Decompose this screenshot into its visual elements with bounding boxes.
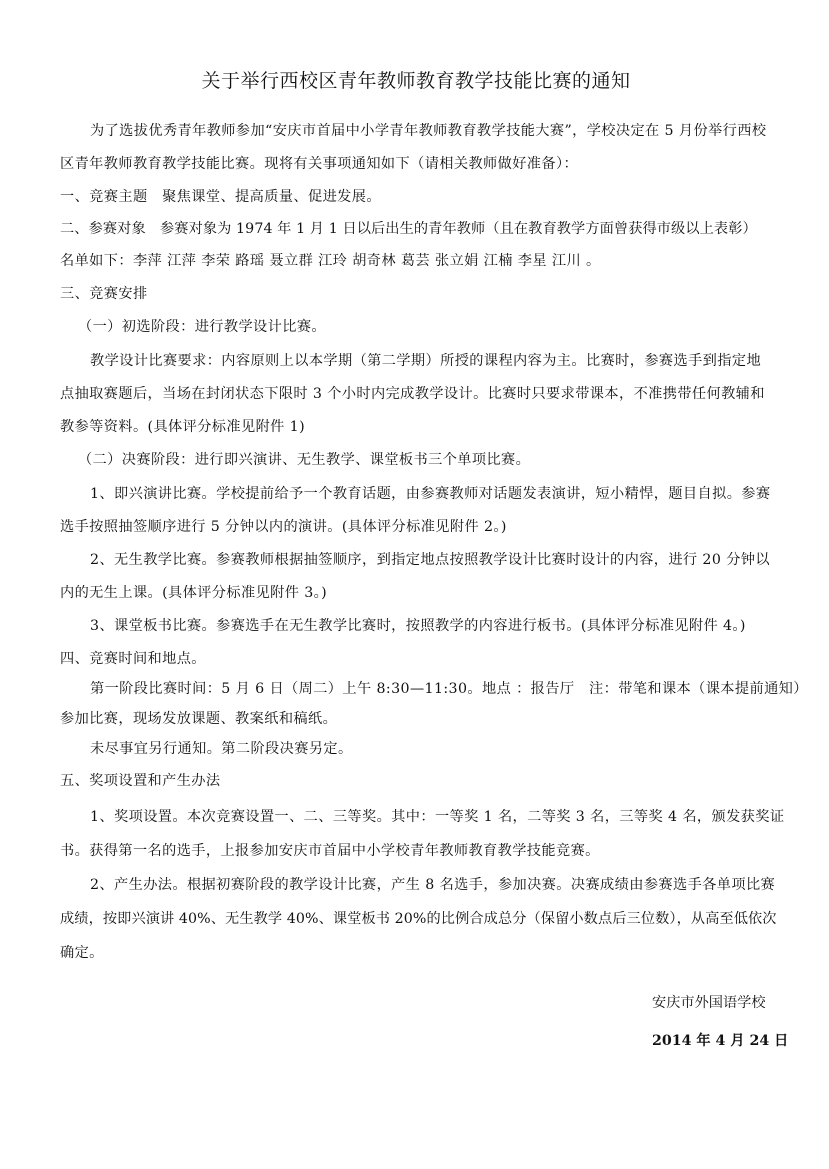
name-list: 名单如下：李萍 江萍 李荣 路瑶 聂立群 江玲 胡奇林 葛芸 张立娟 江楠 李星… <box>60 250 601 270</box>
section-5-item-1-line-1: 1、奖项设置。本次竞赛设置一、二、三等奖。其中：一等奖 1 名，二等奖 3 名，… <box>90 806 784 826</box>
name-item: 江川 <box>552 253 581 269</box>
stage-1-body-3: 教参等资料。(具体评分标准见附件 1) <box>60 416 305 436</box>
stage-2-item-2-line-1: 2、无生教学比赛。参赛教师根据抽签顺序，到指定地点按照教学设计比赛时设计的内容，… <box>90 549 770 569</box>
section-4-heading: 四、竞赛时间和地点。 <box>60 648 206 668</box>
section-5-heading: 五、奖项设置和产生办法 <box>60 770 220 790</box>
name-item: 江玲 <box>318 253 347 269</box>
section-3-heading: 三、竞赛安排 <box>60 283 148 303</box>
name-item: 李星 <box>518 253 547 269</box>
intro-line-2: 区青年教师教育教学技能比赛。现将有关事项通知如下（请相关教师做好准备）： <box>60 153 578 173</box>
section-5-item-2-line-3: 确定。 <box>60 942 104 962</box>
section-5-item-2-line-1: 2、产生办法。根据初赛阶段的教学设计比赛，产生 8 名选手，参加决赛。决赛成绩由… <box>90 874 775 894</box>
stage-2-item-1-line-2: 选手按照抽签顺序进行 5 分钟以内的演讲。(具体评分标准见附件 2。) <box>60 516 507 536</box>
stage-2-item-1-line-1: 1、即兴演讲比赛。学校提前给予一个教育话题，由参赛教师对话题发表演讲，短小精悍，… <box>90 483 770 503</box>
section-5-item-2-line-2: 成绩，按即兴演讲 40%、无生教学 40%、课堂板书 20%的比例合成总分（保留… <box>60 908 777 928</box>
signature-date: 2014 年 4 月 24 日 <box>652 1030 788 1050</box>
name-item: 江萍 <box>167 253 196 269</box>
section-1-theme: 一、竞赛主题 聚焦课堂、提高质量、促进发展。 <box>60 186 381 206</box>
section-2-participants: 二、参赛对象 参赛对象为 1974 年 1 月 1 日以后出生的青年教师（且在教… <box>60 218 757 238</box>
name-item: 胡奇林 <box>352 253 396 269</box>
section-4-body-1: 第一阶段比赛时间：5 月 6 日（周二）上午 8:30—11:30。地点 ：报告… <box>90 678 808 698</box>
stage-1-body-1: 教学设计比赛要求：内容原则上以本学期（第二学期）所授的课程内容为主。比赛时，参赛… <box>90 350 761 370</box>
section-5-item-1-line-2: 书。获得第一名的选手，上报参加安庆市首届中小学校青年教师教育教学技能竞赛。 <box>60 840 600 860</box>
signature-org: 安庆市外国语学校 <box>652 992 766 1012</box>
name-item: 路瑶 <box>235 253 264 269</box>
name-item: 葛芸 <box>401 253 430 269</box>
name-item: 聂立群 <box>269 253 313 269</box>
section-4-body-2: 参加比赛，现场发放课题、教案纸和稿纸。 <box>60 708 337 728</box>
name-list-end: 。 <box>586 253 601 269</box>
name-item: 张立娟 <box>435 253 479 269</box>
stage-1-body-2: 点抽取赛题后，当场在封闭状态下限时 3 个小时内完成教学设计。比赛时只要求带课本… <box>60 383 765 403</box>
section-4-body-3: 未尽事宜另行通知。第二阶段决赛另定。 <box>90 738 353 758</box>
stage-2-heading: （二）决赛阶段：进行即兴演讲、无生教学、课堂板书三个单项比赛。 <box>78 449 530 469</box>
stage-2-item-2-line-2: 内的无生上课。(具体评分标准见附件 3。) <box>60 582 327 602</box>
intro-line-1: 为了选拔优秀青年教师参加“安庆市首届中小学青年教师教育教学技能大赛”，学校决定在… <box>90 120 766 140</box>
name-item: 李萍 <box>133 253 162 269</box>
stage-2-item-3: 3、课堂板书比赛。参赛选手在无生教学比赛时，按照教学的内容进行板书。(具体评分标… <box>90 615 746 635</box>
document-title: 关于举行西校区青年教师教育教学技能比赛的通知 <box>60 66 772 93</box>
name-list-label: 名单如下： <box>60 253 133 269</box>
stage-1-heading: （一）初选阶段：进行教学设计比赛。 <box>78 316 326 336</box>
name-item: 李荣 <box>201 253 230 269</box>
name-item: 江楠 <box>484 253 513 269</box>
